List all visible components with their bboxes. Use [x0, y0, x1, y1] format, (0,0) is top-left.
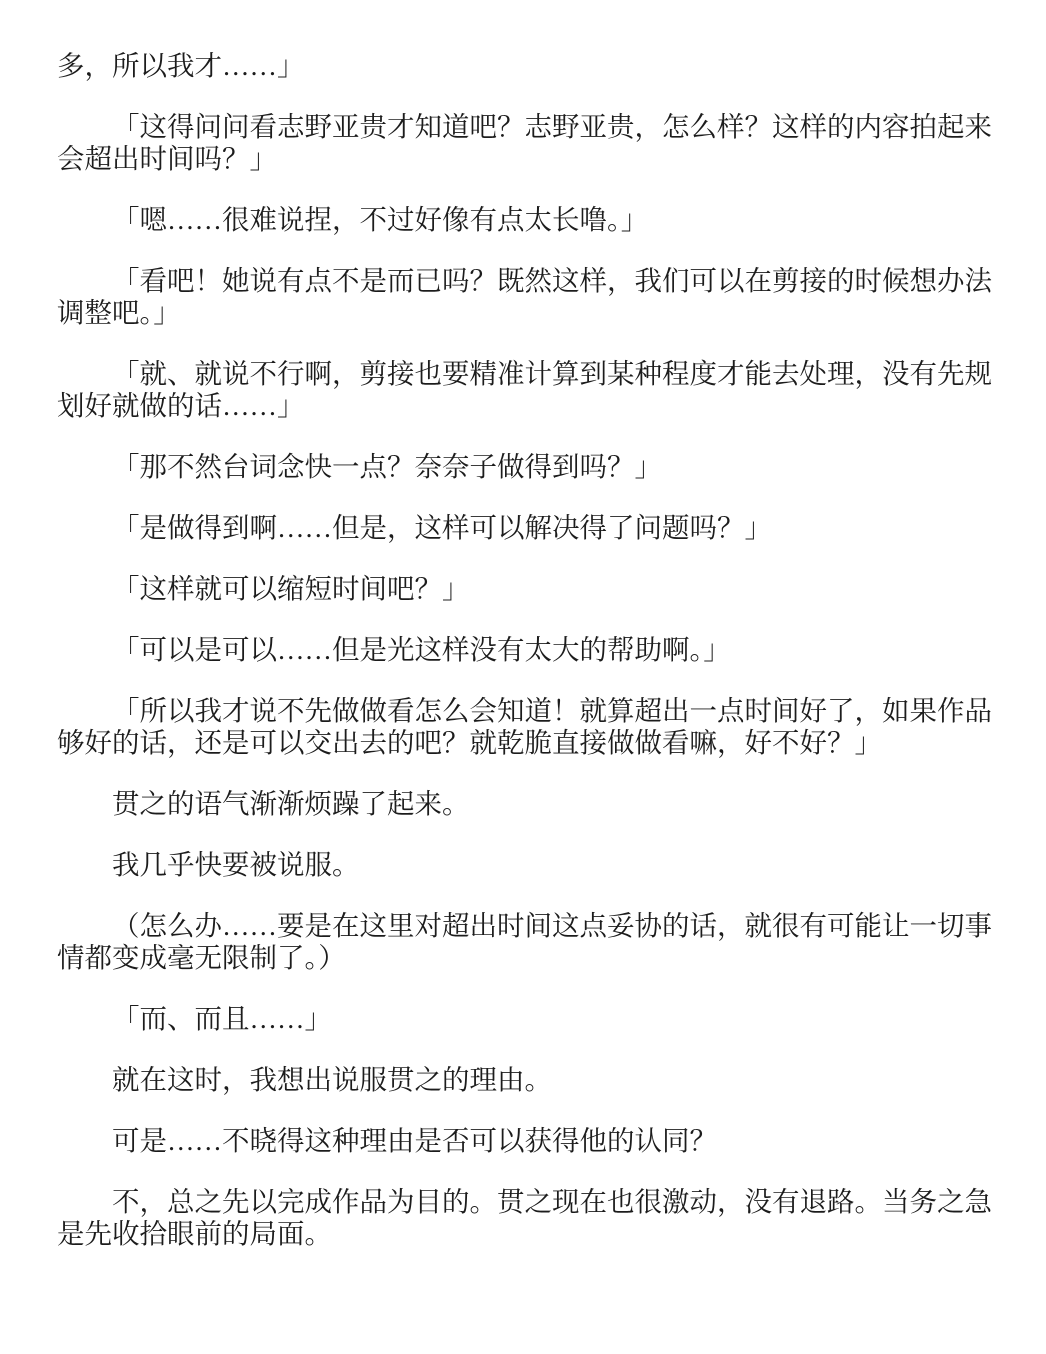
paragraph: 「是做得到啊……但是，这样可以解决得了问题吗？」: [57, 512, 997, 544]
paragraph-line: 「可以是可以……但是光这样没有太大的帮助啊。」: [57, 634, 997, 666]
paragraph-line: （怎么办……要是在这里对超出时间这点妥协的话，就很有可能让一切事: [57, 910, 997, 942]
paragraph-line: 情都变成毫无限制了。）: [57, 942, 997, 974]
paragraph: 贯之的语气渐渐烦躁了起来。: [57, 788, 997, 820]
paragraph: 「可以是可以……但是光这样没有太大的帮助啊。」: [57, 634, 997, 666]
paragraph-line: 划好就做的话……」: [57, 390, 997, 422]
paragraph-line: 「嗯……很难说捏，不过好像有点太长噜。」: [57, 204, 997, 236]
paragraph: 「这得问问看志野亚贵才知道吧？志野亚贵，怎么样？这样的内容拍起来会超出时间吗？」: [57, 111, 997, 175]
paragraph-line: 可是……不晓得这种理由是否可以获得他的认同？: [57, 1125, 997, 1157]
paragraph: 「所以我才说不先做做看怎么会知道！就算超出一点时间好了，如果作品够好的话，还是可…: [57, 695, 997, 759]
paragraph: 我几乎快要被说服。: [57, 849, 997, 881]
paragraph-line: 「所以我才说不先做做看怎么会知道！就算超出一点时间好了，如果作品: [57, 695, 997, 727]
paragraph-line: 调整吧。」: [57, 297, 997, 329]
paragraph: 「看吧！她说有点不是而已吗？既然这样，我们可以在剪接的时候想办法调整吧。」: [57, 265, 997, 329]
paragraph: 可是……不晓得这种理由是否可以获得他的认同？: [57, 1125, 997, 1157]
paragraph-line: 多，所以我才……」: [57, 50, 997, 82]
text-content: 多，所以我才……」「这得问问看志野亚贵才知道吧？志野亚贵，怎么样？这样的内容拍起…: [57, 50, 997, 1250]
paragraph-line: 「而、而且……」: [57, 1003, 997, 1035]
novel-page: 多，所以我才……」「这得问问看志野亚贵才知道吧？志野亚贵，怎么样？这样的内容拍起…: [0, 0, 1046, 1354]
paragraph-line: 就在这时，我想出说服贯之的理由。: [57, 1064, 997, 1096]
paragraph-line: 是先收拾眼前的局面。: [57, 1218, 997, 1250]
paragraph-line: 「是做得到啊……但是，这样可以解决得了问题吗？」: [57, 512, 997, 544]
paragraph-line: 我几乎快要被说服。: [57, 849, 997, 881]
paragraph-line: 「就、就说不行啊，剪接也要精准计算到某种程度才能去处理，没有先规: [57, 358, 997, 390]
paragraph-line: 够好的话，还是可以交出去的吧？就乾脆直接做做看嘛，好不好？」: [57, 727, 997, 759]
paragraph-line: 「这得问问看志野亚贵才知道吧？志野亚贵，怎么样？这样的内容拍起来: [57, 111, 997, 143]
paragraph: 「嗯……很难说捏，不过好像有点太长噜。」: [57, 204, 997, 236]
paragraph-line: 会超出时间吗？」: [57, 143, 997, 175]
paragraph-line: 不，总之先以完成作品为目的。贯之现在也很激动，没有退路。当务之急: [57, 1186, 997, 1218]
paragraph-line: 「这样就可以缩短时间吧？」: [57, 573, 997, 605]
paragraph: 就在这时，我想出说服贯之的理由。: [57, 1064, 997, 1096]
paragraph: 「就、就说不行啊，剪接也要精准计算到某种程度才能去处理，没有先规划好就做的话………: [57, 358, 997, 422]
paragraph: 多，所以我才……」: [57, 50, 997, 82]
paragraph: 不，总之先以完成作品为目的。贯之现在也很激动，没有退路。当务之急是先收拾眼前的局…: [57, 1186, 997, 1250]
paragraph: 「而、而且……」: [57, 1003, 997, 1035]
paragraph-line: 「看吧！她说有点不是而已吗？既然这样，我们可以在剪接的时候想办法: [57, 265, 997, 297]
paragraph-line: 「那不然台词念快一点？奈奈子做得到吗？」: [57, 451, 997, 483]
paragraph: （怎么办……要是在这里对超出时间这点妥协的话，就很有可能让一切事情都变成毫无限制…: [57, 910, 997, 974]
paragraph: 「这样就可以缩短时间吧？」: [57, 573, 997, 605]
paragraph-line: 贯之的语气渐渐烦躁了起来。: [57, 788, 997, 820]
paragraph: 「那不然台词念快一点？奈奈子做得到吗？」: [57, 451, 997, 483]
